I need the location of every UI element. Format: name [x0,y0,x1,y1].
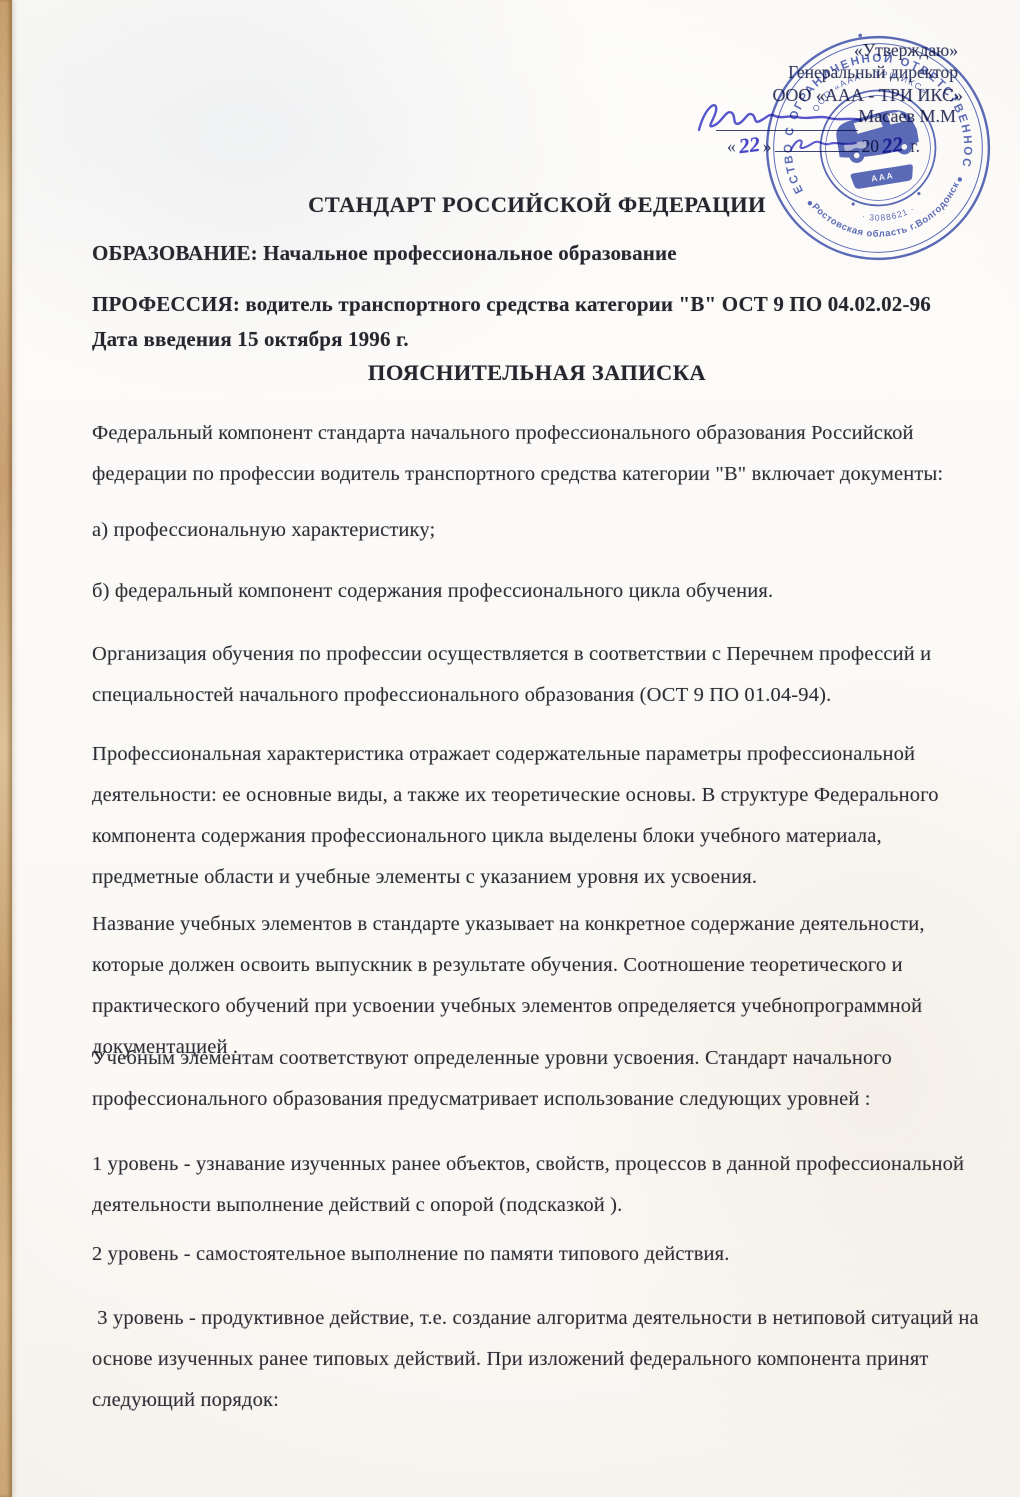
paragraph: 1 уровень - узнавание изученных ранее об… [92,1144,982,1226]
paragraph: б) федеральный компонент содержания проф… [92,571,982,612]
stamp-banner: ААА [850,164,915,190]
company-stamp: ОБЩЕСТВО С ОГРАНИЧЕННОЙ ОТВЕТСТВЕННОСТЬЮ… [734,4,1020,292]
paragraph: Организация обучения по профессии осущес… [92,634,982,716]
section-heading: ПОЯСНИТЕЛЬНАЯ ЗАПИСКА [92,358,982,388]
paragraph: Учебным элементам соответствуют определе… [92,1038,982,1120]
paragraph: 2 уровень - самостоятельное выполнение п… [92,1234,982,1275]
scanned-page: СТАНДАРТ РОССИЙСКОЙ ФЕДЕРАЦИИ ОБРАЗОВАНИ… [0,0,1020,1497]
paragraph: Федеральный компонент стандарта начально… [92,413,982,495]
paragraph: а) профессиональную характеристику; [92,510,982,551]
van-icon [834,107,921,166]
page-edge-shadow [0,0,12,1497]
paragraph: Профессиональная характеристика отражает… [92,734,982,898]
profession-line: ПРОФЕССИЯ: водитель транспортного средст… [92,287,982,357]
paragraph: 3 уровень - продуктивное действие, т.е. … [92,1298,982,1421]
stamp-inner-bottom-text: · 3088621 · [860,203,917,226]
